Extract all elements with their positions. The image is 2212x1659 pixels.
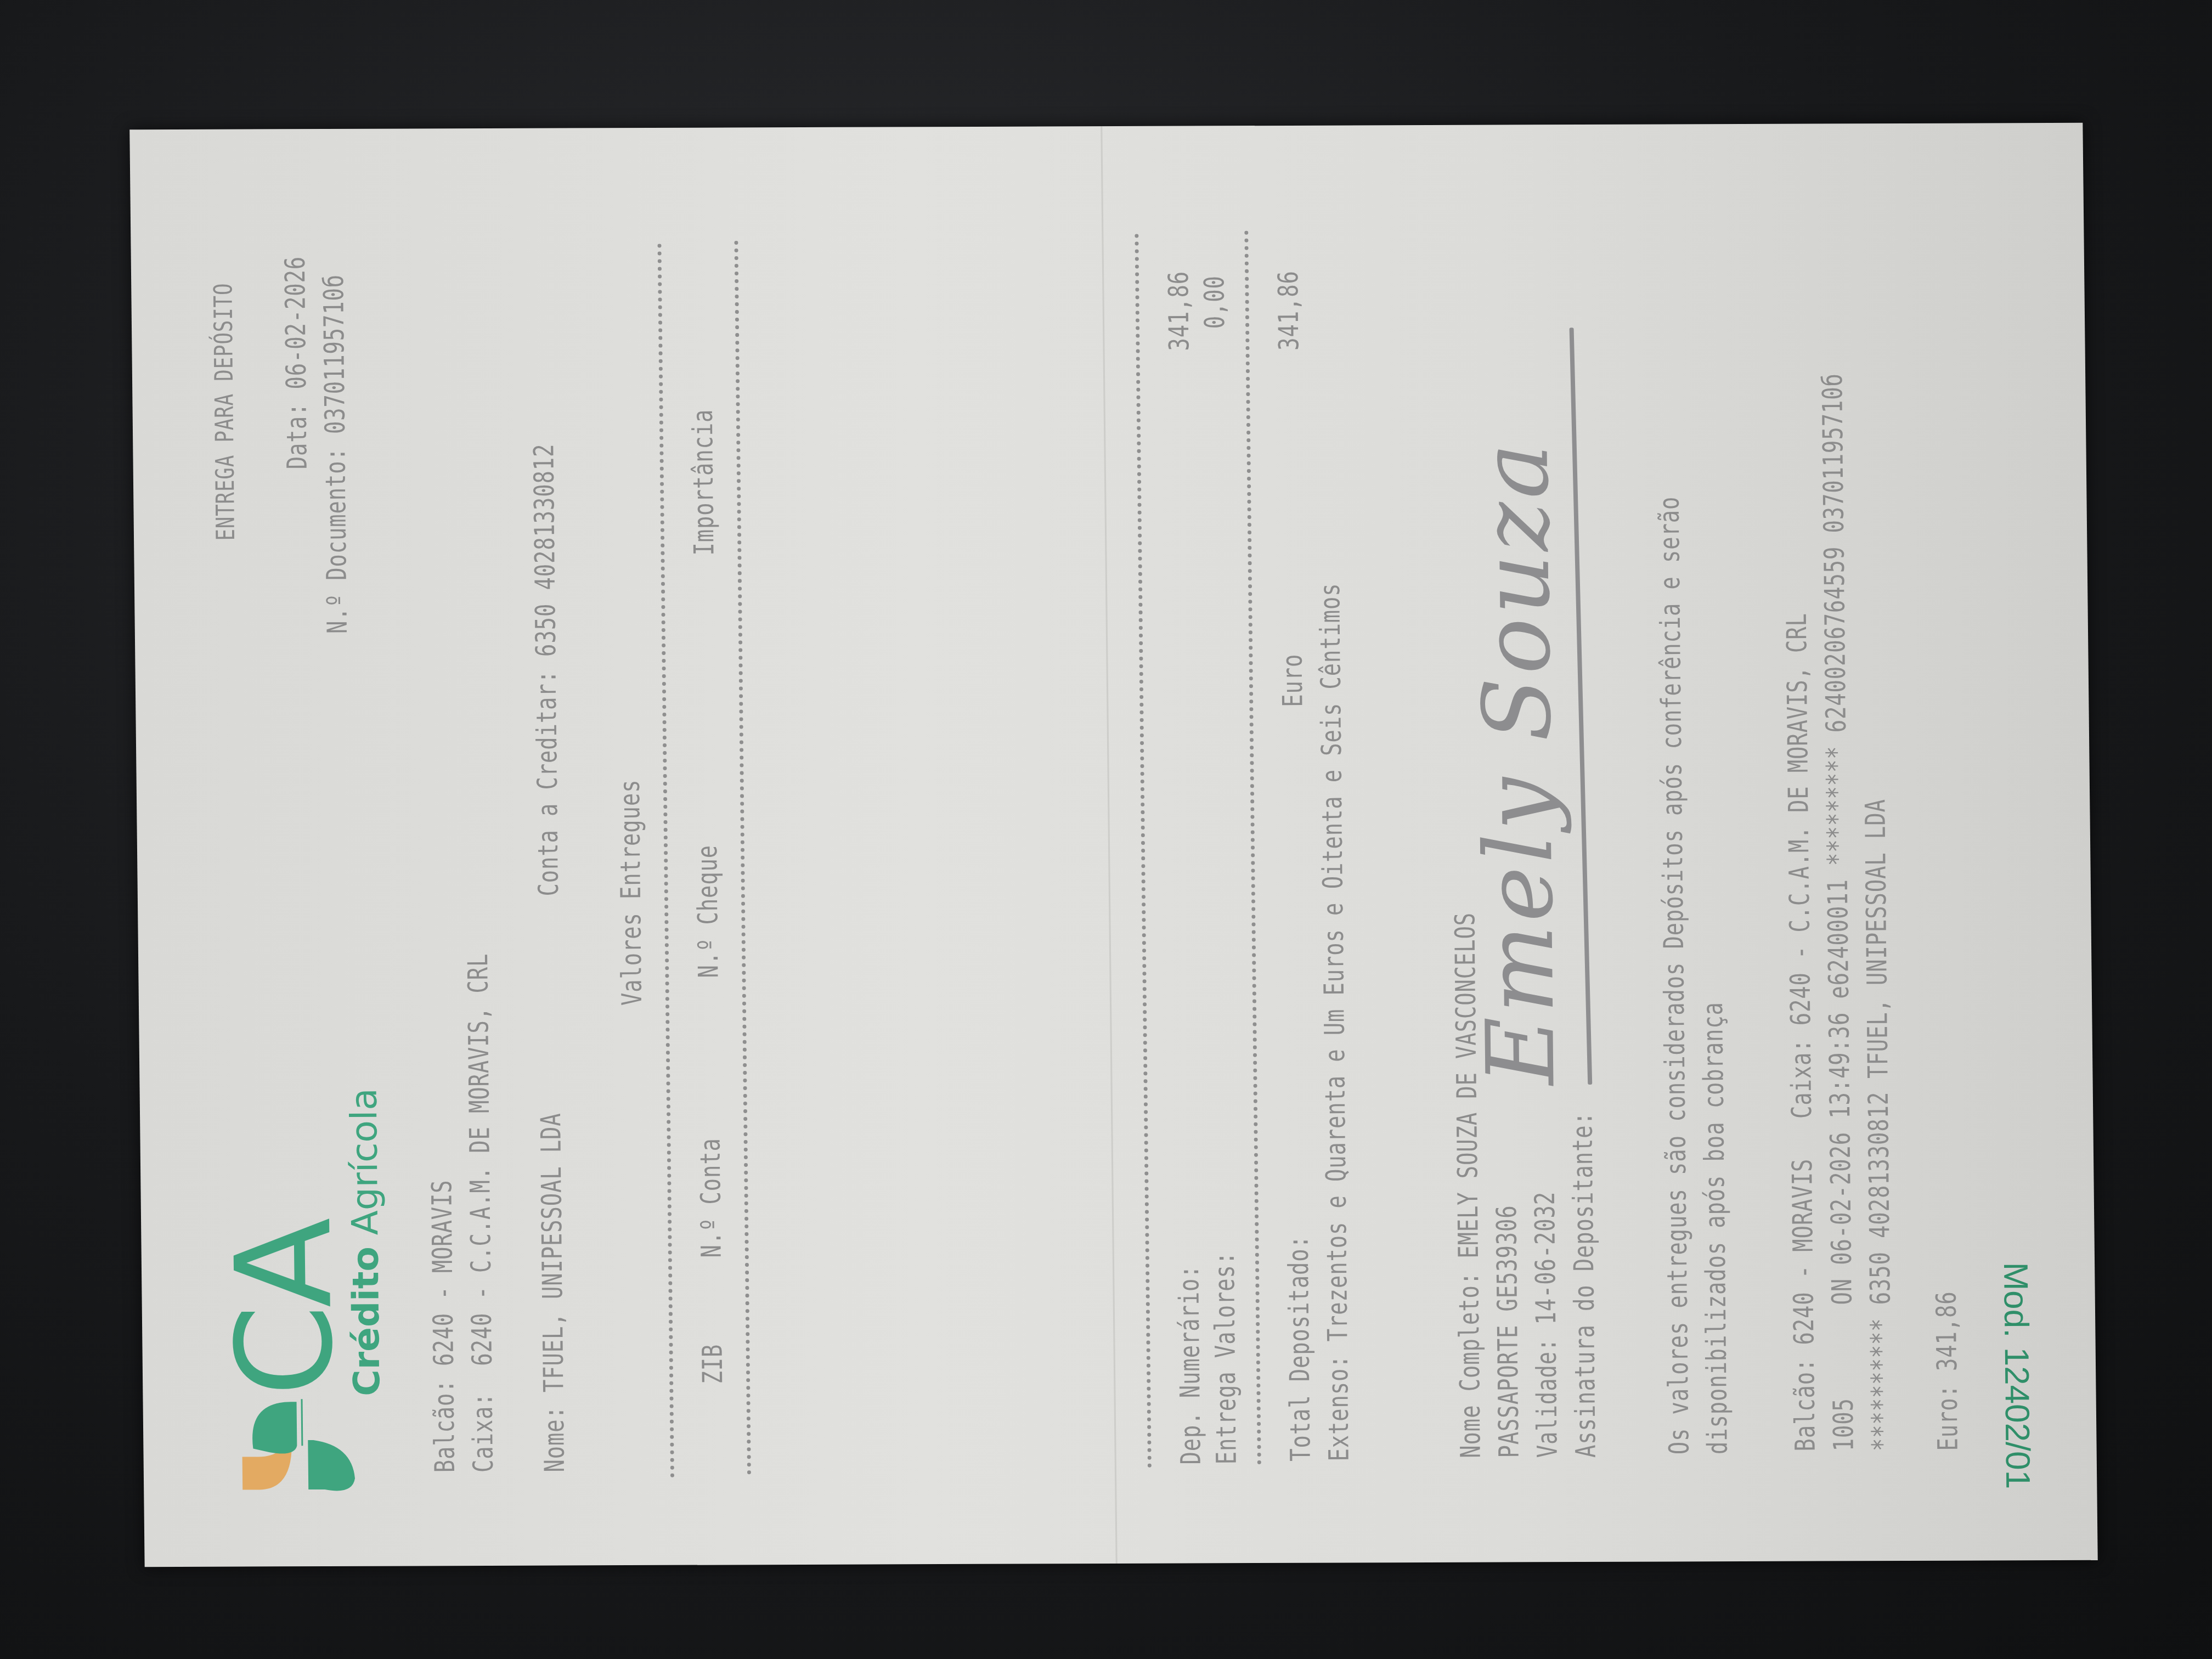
notice-text-line-2: disponibilizados após boa cobrança: [1697, 1002, 1734, 1454]
summary-top-divider: [1135, 233, 1152, 1468]
form-code: Mod. 12402/01: [1996, 1262, 2037, 1489]
column-header-cheque-number: N.º Cheque: [691, 845, 725, 978]
notice-text-line-1: Os valores entregues são considerados De…: [1653, 496, 1695, 1455]
branch-line: Balcão: 6240 - MORAVIS: [426, 1180, 461, 1472]
signature-label: Assinatura do Depositante:: [1566, 1111, 1602, 1458]
values-heading: Valores Entregues: [614, 780, 648, 1006]
depositor-signature: Emely Souza: [1460, 440, 1576, 1085]
depositor-id-document: PASSAPORTE GE539306: [1491, 1205, 1525, 1458]
column-header-account-number: N.º Conta: [695, 1138, 727, 1258]
paper-fold: [1101, 126, 1117, 1564]
table-top-divider: [657, 243, 674, 1477]
cash-deposit-label: Dep. Numerário:: [1173, 1265, 1207, 1465]
date-field: Data: 06-02-2026: [279, 256, 313, 469]
validation-line-3: ********** 6350 40281330812 TFUEL, UNIPE…: [1859, 799, 1898, 1451]
cash-deposit-value: 341,86: [1163, 271, 1195, 351]
summary-bottom-divider: [1244, 230, 1261, 1464]
teller-line: Caixa: 6240 - C.C.A.M. DE MORAVIS, CRL: [462, 953, 499, 1472]
deposit-receipt: CA Crédito Agrícola ENTREGA PARA DEPÓSIT…: [129, 123, 2098, 1567]
validation-line-2: 1005 ON 06-02-2026 13:49:36 e62400011 **…: [1816, 373, 1860, 1451]
bank-name: Crédito Agrícola: [343, 1088, 388, 1396]
leaf-logo-icon: [236, 1396, 363, 1501]
bank-logo: CA Crédito Agrícola: [211, 1050, 413, 1500]
other-values-label: Entrega Valores:: [1209, 1251, 1243, 1464]
other-values-value: 0,00: [1198, 275, 1231, 329]
total-deposited-label: Total Depositado:: [1282, 1235, 1316, 1462]
depositor-id-validity: Validade: 14-06-2032: [1529, 1192, 1564, 1458]
validation-line-4: Euro: 341,86: [1931, 1291, 1964, 1451]
credit-account: Conta a Creditar: 6350 40281330812: [528, 444, 565, 896]
document-title: ENTREGA PARA DEPÓSITO: [208, 283, 240, 541]
table-header-divider: [734, 240, 751, 1474]
amount-in-words: Extenso: Trezentos e Quarenta e Um Euros…: [1314, 583, 1355, 1461]
total-deposited-value: 341,86: [1272, 270, 1305, 351]
currency-label: Euro: [1276, 654, 1308, 707]
column-header-amount: Importância: [687, 409, 720, 556]
validation-line-1: Balcão: 6240 - MORAVIS Caixa: 6240 - C.C…: [1781, 613, 1821, 1452]
column-header-zib: ZIB: [696, 1344, 729, 1384]
document-number: N.º Documento: 03701195710б: [318, 274, 353, 634]
bank-logo-letters: CA: [207, 1221, 362, 1397]
account-holder-name: Nome: TFUEL, UNIPESSOAL LDA: [535, 1113, 571, 1472]
